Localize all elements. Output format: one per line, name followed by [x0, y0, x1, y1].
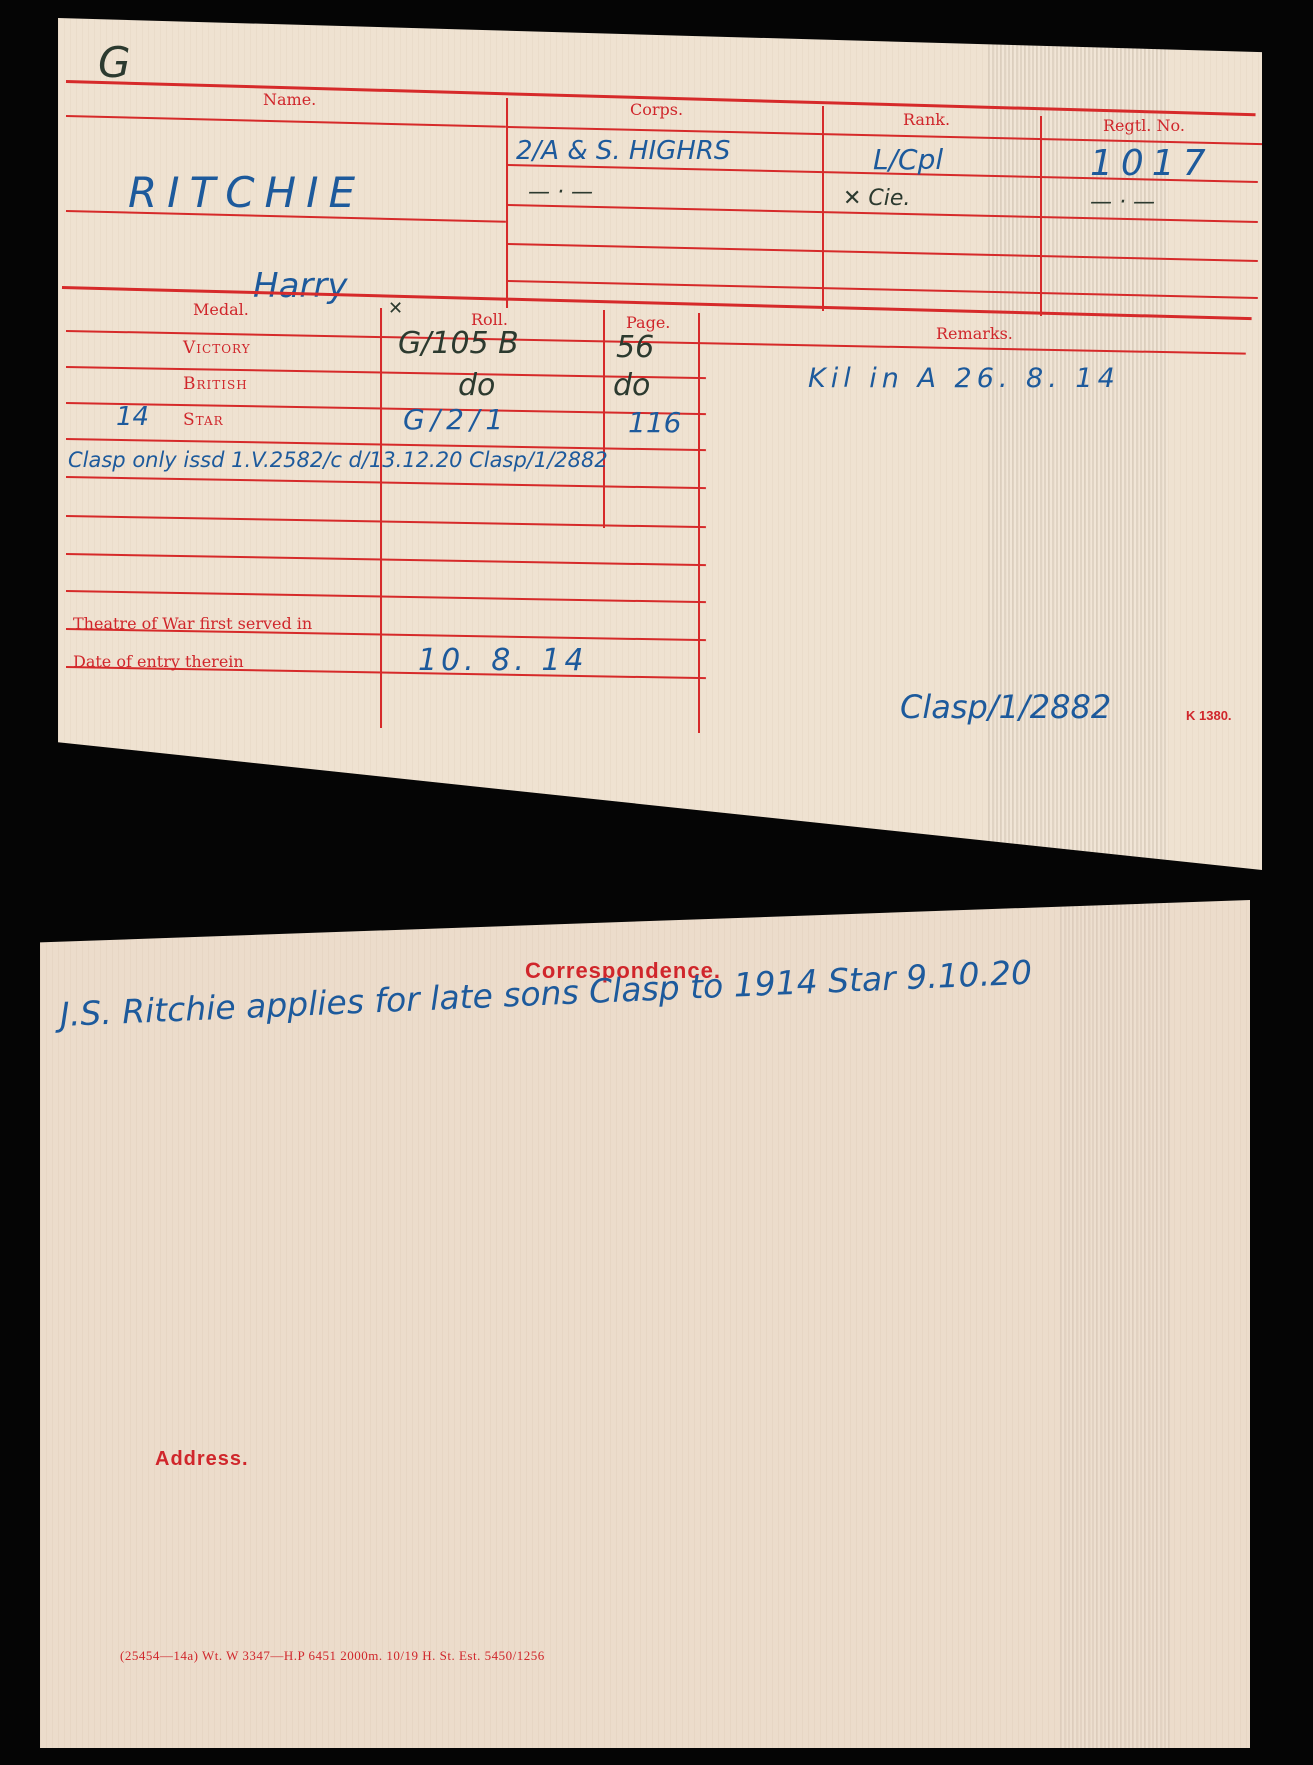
- address-label: Address.: [155, 1448, 249, 1471]
- medal-header: Medal.: [193, 300, 249, 319]
- rank-header: Rank.: [903, 110, 950, 129]
- corner-mark: G: [98, 38, 131, 87]
- roll-value: G/105 B: [398, 326, 519, 361]
- remarks-value: Kil in A 26. 8. 14: [808, 363, 1120, 394]
- corps-ditto: — · —: [528, 180, 593, 205]
- page-value: 56: [616, 330, 654, 365]
- medal-index-card-back: Correspondence. J.S. Ritchie applies for…: [40, 900, 1250, 1748]
- medal-name: British: [183, 374, 248, 394]
- name-header: Name.: [263, 90, 316, 109]
- regtl-no-value: 1017: [1090, 143, 1214, 184]
- medal-name: Victory: [183, 338, 251, 358]
- rule: [66, 115, 506, 128]
- divider: [603, 310, 605, 528]
- divider: [698, 313, 700, 733]
- roll-mark: ✕: [388, 298, 403, 319]
- corps-value: 2/A & S. HIGHRS: [516, 136, 730, 166]
- clasp-footer-note: Clasp/1/2882: [900, 688, 1111, 726]
- roll-value: do: [458, 368, 495, 403]
- rule: [66, 515, 706, 528]
- date-entry-value: 10. 8. 14: [418, 643, 588, 678]
- rule: [66, 553, 706, 566]
- medal-prefix: 14: [116, 402, 149, 432]
- rule: [66, 590, 706, 603]
- clasp-issued-note: Clasp only issd 1.V.2582/c d/13.12.20 Cl…: [68, 448, 608, 472]
- printer-imprint: (25454—14a) Wt. W 3347—H.P 6451 2000m. 1…: [120, 1648, 545, 1664]
- page-value: do: [613, 368, 650, 403]
- corps-header: Corps.: [630, 100, 683, 119]
- divider: [822, 106, 824, 311]
- page-value: 116: [628, 406, 681, 439]
- forename: Harry: [253, 266, 347, 306]
- theatre-label: Theatre of War first served in: [73, 614, 312, 633]
- medal-index-card-front: G Name. Corps. Rank. Regtl. No. RITCHIE …: [58, 18, 1262, 870]
- rule: [66, 366, 706, 379]
- rule: [66, 476, 706, 489]
- roll-value: G/2/1: [403, 403, 509, 436]
- k-stamp: K 1380.: [1186, 708, 1232, 723]
- regtl-no-ditto: — · —: [1090, 190, 1155, 215]
- rank-note: ✕ Cie.: [843, 186, 910, 211]
- scan-shading: [1060, 900, 1170, 1748]
- medal-name: Star: [183, 410, 224, 430]
- rule: [66, 402, 706, 415]
- date-entry-label: Date of entry therein: [73, 652, 244, 671]
- remarks-header: Remarks.: [936, 324, 1013, 343]
- regtl-no-header: Regtl. No.: [1103, 116, 1185, 135]
- rank-value: L/Cpl: [873, 143, 943, 176]
- surname: RITCHIE: [128, 168, 365, 217]
